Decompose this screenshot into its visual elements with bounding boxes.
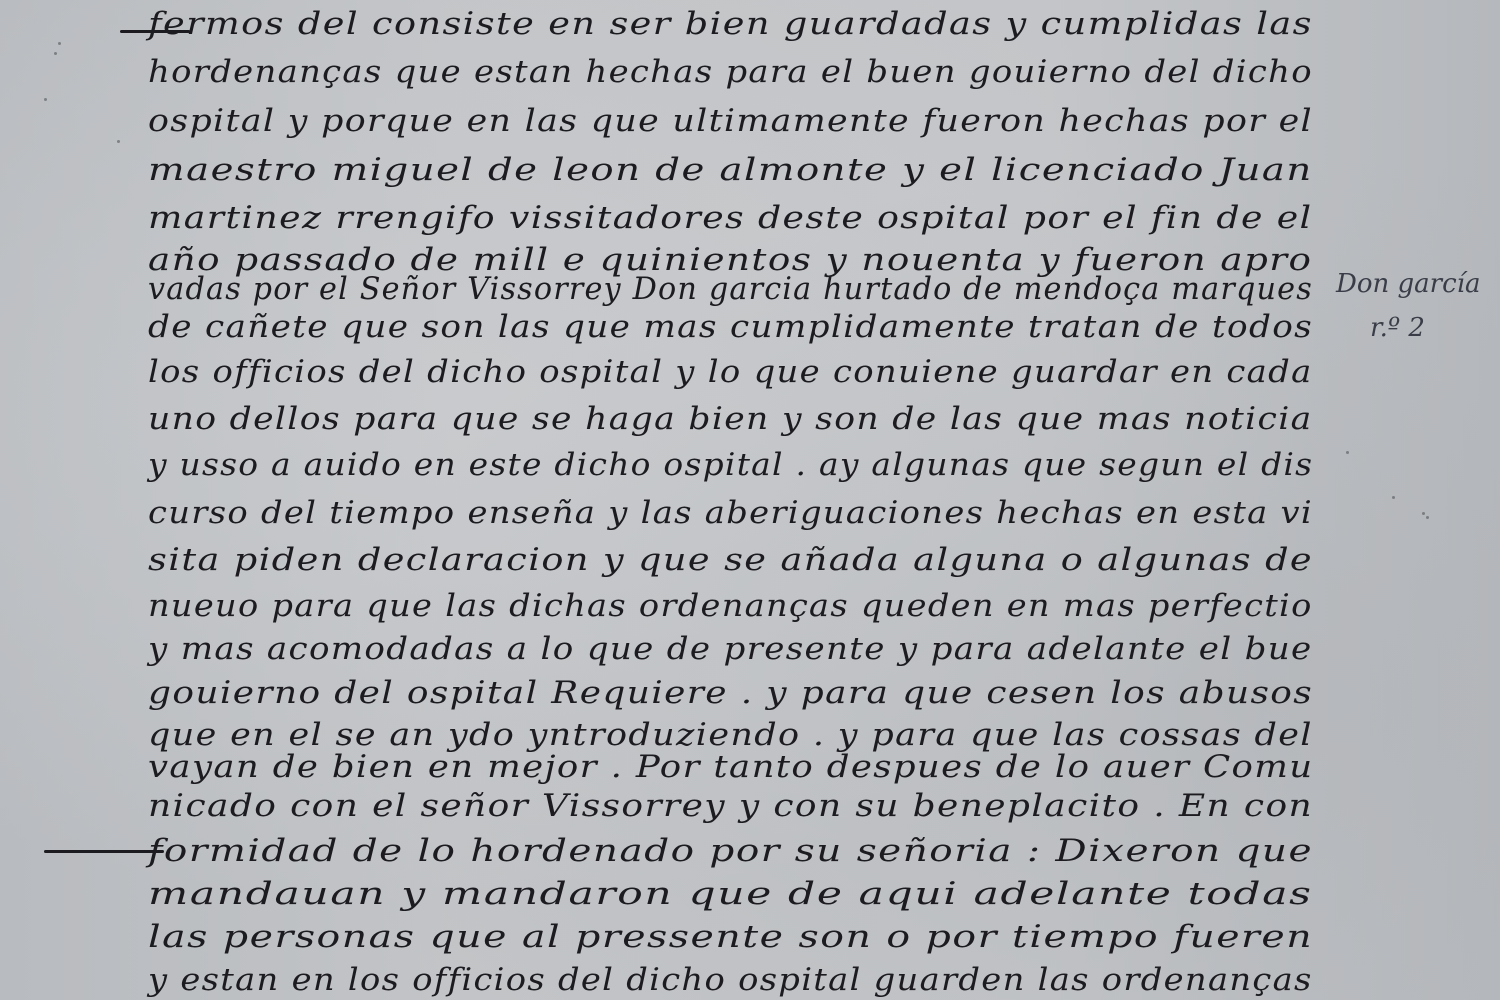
manuscript-line: nueuo para que las dichas ordenanças que… bbox=[148, 584, 1313, 628]
manuscript-line: los officios del dicho ospital y lo que … bbox=[148, 350, 1313, 394]
manuscript-line: formidad de lo hordenado por su señoria … bbox=[148, 829, 1313, 873]
manuscript-line: sita piden declaracion y que se añada al… bbox=[148, 538, 1313, 582]
paper-speck bbox=[117, 140, 120, 143]
manuscript-line: fermos del consiste en ser bien guardada… bbox=[148, 2, 1313, 46]
marginal-annotation-reference: r.º 2 bbox=[1336, 306, 1500, 350]
paper-speck bbox=[54, 52, 57, 55]
manuscript-line: nicado con el señor Vissorrey y con su b… bbox=[148, 784, 1313, 828]
manuscript-line: mandauan y mandaron que de aqui adelante… bbox=[148, 872, 1313, 916]
manuscript-page: fermos del consiste en ser bien guardada… bbox=[0, 0, 1500, 1000]
paper-speck bbox=[1426, 516, 1429, 519]
marginal-annotation-name: Don garcía bbox=[1336, 269, 1480, 299]
manuscript-line: gouierno del ospital Requiere . y para q… bbox=[148, 671, 1313, 715]
manuscript-line: y mas acomodadas a lo que de presente y … bbox=[148, 627, 1312, 671]
manuscript-line: de cañete que son las que mas cumplidame… bbox=[148, 305, 1313, 349]
manuscript-line: ospital y porque en las que ultimamente … bbox=[148, 99, 1313, 143]
paper-speck bbox=[58, 42, 61, 45]
paper-speck bbox=[1422, 512, 1425, 515]
manuscript-line: vayan de bien en mejor . Por tanto despu… bbox=[148, 745, 1314, 789]
manuscript-line: y usso a auido en este dicho ospital . a… bbox=[148, 443, 1313, 487]
paragraph-mark-bottom bbox=[44, 850, 164, 853]
manuscript-line: hordenanças que estan hechas para el bue… bbox=[148, 50, 1313, 94]
manuscript-line: y estan en los officios del dicho ospita… bbox=[148, 958, 1313, 1000]
paper-speck bbox=[44, 98, 47, 101]
manuscript-line: martinez rrengifo vissitadores deste osp… bbox=[148, 196, 1313, 240]
manuscript-line: las personas que al pressente son o por … bbox=[148, 915, 1313, 959]
manuscript-line: uno dellos para que se haga bien y son d… bbox=[148, 397, 1313, 441]
paper-speck bbox=[1346, 451, 1349, 454]
paper-speck bbox=[1392, 496, 1395, 499]
manuscript-line: curso del tiempo enseña y las aberiguaci… bbox=[148, 491, 1313, 535]
marginal-annotation: Don garcía r.º 2 bbox=[1336, 262, 1500, 350]
manuscript-line: maestro miguel de leon de almonte y el l… bbox=[148, 148, 1313, 192]
